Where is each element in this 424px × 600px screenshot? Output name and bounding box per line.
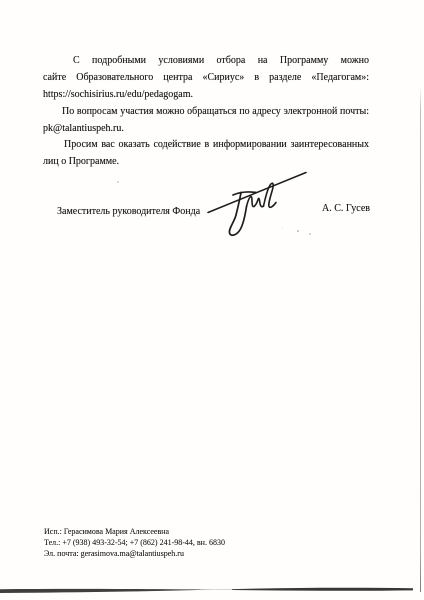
letter-page: С подробными условиями отбора на Програм… bbox=[0, 0, 424, 600]
body-line: сайте Образовательного центра «Сириус» в… bbox=[43, 70, 369, 87]
letter-body: С подробными условиями отбора на Програм… bbox=[43, 53, 369, 171]
body-line-url: https://sochisirius.ru/edu/pedagogam. bbox=[43, 87, 369, 104]
body-line-email: pk@talantiuspeh.ru. bbox=[43, 121, 369, 138]
scan-speck bbox=[297, 230, 299, 232]
scan-speck bbox=[282, 228, 283, 229]
executor-line: Исп.: Герасимова Мария Алексеевна bbox=[44, 526, 225, 537]
scan-edge-line-right bbox=[420, 86, 421, 592]
signer-name: А. С. Гусев bbox=[322, 203, 370, 214]
signer-position-label: Заместитель руководителя Фонда bbox=[57, 206, 200, 217]
handwritten-signature bbox=[198, 163, 316, 245]
scan-speck bbox=[117, 181, 119, 183]
body-line: По вопросам участия можно обращаться по … bbox=[43, 104, 369, 121]
body-line: С подробными условиями отбора на Програм… bbox=[43, 53, 369, 70]
phone-line: Тел.: +7 (938) 493-32-54; +7 (862) 241-9… bbox=[44, 537, 225, 548]
body-line: Просим вас оказать содействие в информир… bbox=[43, 137, 369, 154]
scan-speck bbox=[309, 233, 311, 235]
letter-footer: Исп.: Герасимова Мария Алексеевна Тел.: … bbox=[44, 526, 225, 559]
email-line: Эл. почта: gerasimova.ma@talantiuspeh.ru bbox=[44, 548, 225, 559]
scan-edge-shadow-bottom bbox=[0, 584, 424, 600]
